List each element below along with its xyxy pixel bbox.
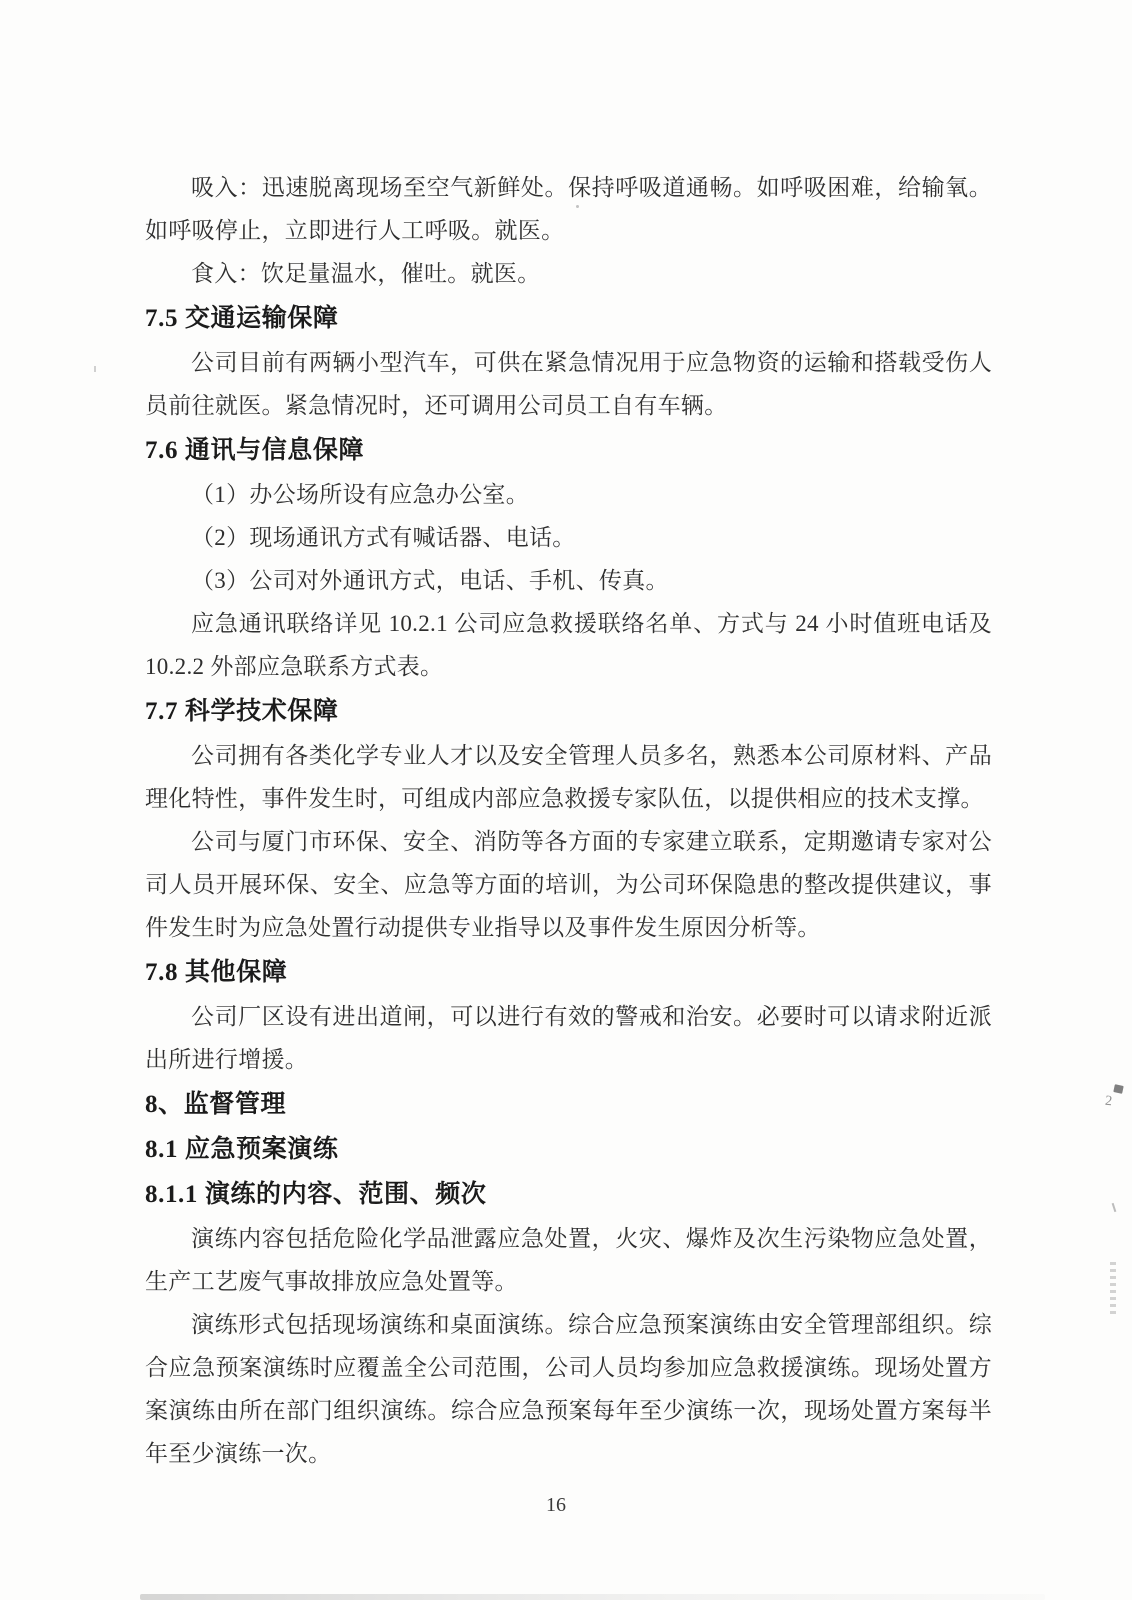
body-paragraph: 演练内容包括危险化学品泄露应急处置，火灾、爆炸及次生污染物应急处置，生产工艺废气… <box>145 1217 992 1303</box>
document-page: 吸入：迅速脱离现场至空气新鲜处。保持呼吸道通畅。如呼吸困难，给输氧。如呼吸停止，… <box>0 0 1132 1600</box>
section-heading-8: 8、监督管理 <box>145 1083 992 1126</box>
section-heading-7-5: 7.5 交通运输保障 <box>145 297 992 340</box>
page-number: 16 <box>0 1494 1112 1517</box>
scan-artifact-handwritten-mark: 2 <box>1104 1094 1113 1111</box>
list-item: （3）公司对外通讯方式，电话、手机、传真。 <box>145 559 992 602</box>
section-heading-8-1: 8.1 应急预案演练 <box>145 1128 992 1171</box>
scan-artifact-bottom-bleed <box>140 1594 1045 1600</box>
document-body: 吸入：迅速脱离现场至空气新鲜处。保持呼吸道通畅。如呼吸困难，给输氧。如呼吸停止，… <box>145 166 992 1475</box>
scan-artifact-blob <box>1113 1084 1123 1094</box>
list-item: （2）现场通讯方式有喊话器、电话。 <box>145 516 992 559</box>
section-heading-7-6: 7.6 通讯与信息保障 <box>145 429 992 472</box>
section-heading-7-7: 7.7 科学技术保障 <box>145 690 992 733</box>
body-paragraph: 应急通讯联络详见 10.2.1 公司应急救援联络名单、方式与 24 小时值班电话… <box>145 602 992 688</box>
scan-artifact-dot <box>94 366 96 372</box>
body-paragraph: 公司厂区设有进出道闸，可以进行有效的警戒和治安。必要时可以请求附近派出所进行增援… <box>145 995 992 1081</box>
body-paragraph: 公司与厦门市环保、安全、消防等各方面的专家建立联系，定期邀请专家对公司人员开展环… <box>145 820 992 949</box>
body-paragraph: 演练形式包括现场演练和桌面演练。综合应急预案演练由安全管理部组织。综合应急预案演… <box>145 1303 992 1475</box>
scan-artifact-tick <box>1112 1203 1117 1212</box>
list-item: （1）办公场所设有应急办公室。 <box>145 473 992 516</box>
scan-artifact-dot <box>576 205 579 208</box>
body-paragraph: 公司拥有各类化学专业人才以及安全管理人员多名，熟悉本公司原材料、产品理化特性，事… <box>145 734 992 820</box>
body-paragraph: 吸入：迅速脱离现场至空气新鲜处。保持呼吸道通畅。如呼吸困难，给输氧。如呼吸停止，… <box>145 166 992 252</box>
scan-artifact-margin-smudge <box>1110 1262 1116 1314</box>
section-heading-8-1-1: 8.1.1 演练的内容、范围、频次 <box>145 1173 992 1216</box>
body-paragraph: 食入：饮足量温水，催吐。就医。 <box>145 252 992 295</box>
section-heading-7-8: 7.8 其他保障 <box>145 951 992 994</box>
body-paragraph: 公司目前有两辆小型汽车，可供在紧急情况用于应急物资的运输和搭载受伤人员前往就医。… <box>145 341 992 427</box>
